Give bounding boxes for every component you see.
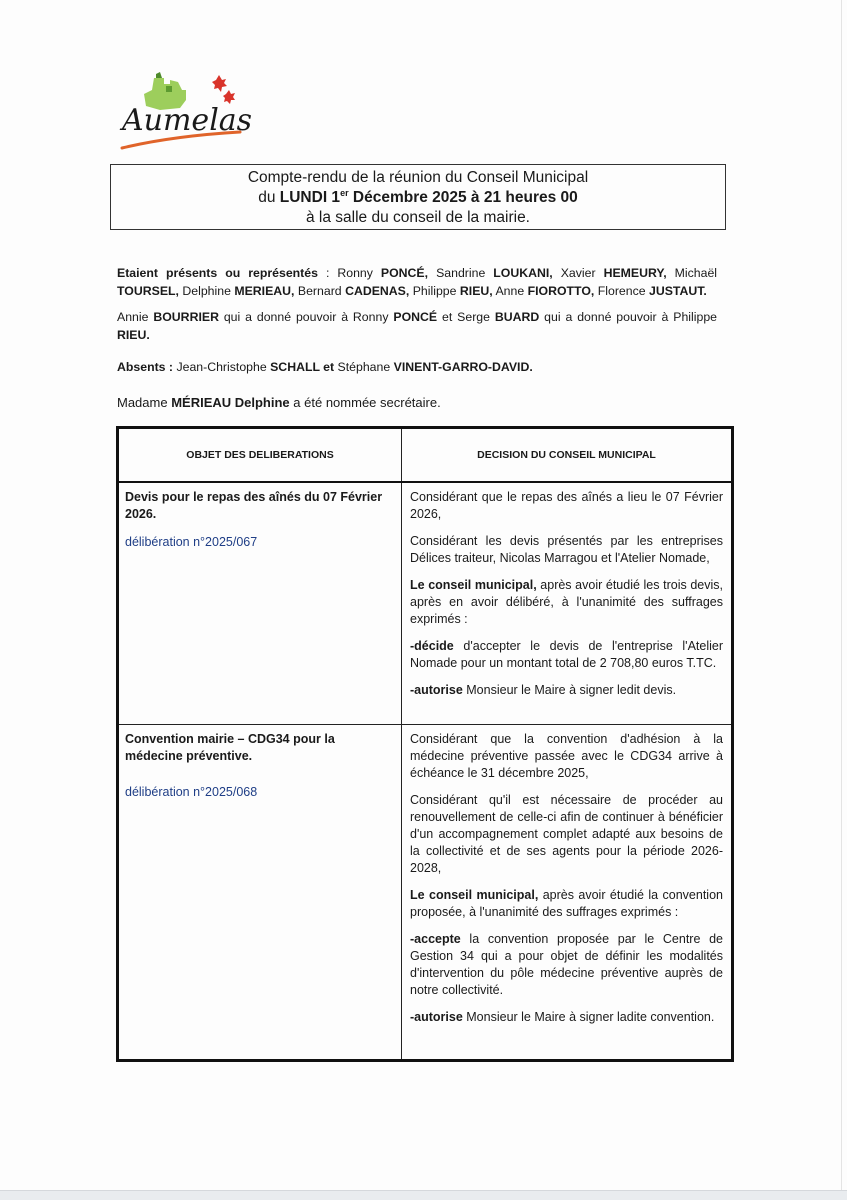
deliberation-number: délibération n°2025/067 bbox=[125, 534, 395, 551]
absent-members: Absents : Jean-Christophe SCHALL et Stép… bbox=[117, 358, 717, 376]
object-title: Devis pour le repas des aînés du 07 Févr… bbox=[125, 489, 395, 523]
object-title: Convention mairie – CDG34 pour la médeci… bbox=[125, 731, 395, 765]
secretary-note: Madame MÉRIEAU Delphine a été nommée sec… bbox=[117, 394, 717, 412]
column-header-object: OBJET DES DELIBERATIONS bbox=[118, 428, 402, 483]
castle-logo-icon: Aumelas bbox=[112, 70, 252, 154]
aumelas-logo: Aumelas bbox=[112, 70, 252, 154]
deliberation-object: Devis pour le repas des aînés du 07 Févr… bbox=[118, 482, 402, 725]
decision-paragraph: Considérant que la convention d'adhésion… bbox=[410, 731, 723, 782]
decision-paragraph: Considérant qu'il est nécessaire de proc… bbox=[410, 792, 723, 877]
decision-paragraph: -autorise Monsieur le Maire à signer led… bbox=[410, 682, 723, 699]
column-header-decision: DECISION DU CONSEIL MUNICIPAL bbox=[402, 428, 733, 483]
decision-paragraph: Considérant que le repas des aînés a lie… bbox=[410, 489, 723, 523]
proxy-members: Annie BOURRIER qui a donné pouvoir à Ron… bbox=[117, 308, 717, 344]
document-page: Aumelas Compte-rendu de la réunion du Co… bbox=[0, 0, 847, 1190]
title-line-3: à la salle du conseil de la mairie. bbox=[111, 208, 725, 228]
council-decision: Considérant que le repas des aînés a lie… bbox=[402, 482, 733, 725]
deliberation-number: délibération n°2025/068 bbox=[125, 784, 395, 801]
deliberation-object: Convention mairie – CDG34 pour la médeci… bbox=[118, 725, 402, 1061]
table-row: Devis pour le repas des aînés du 07 Févr… bbox=[118, 482, 733, 725]
title-line-1: Compte-rendu de la réunion du Conseil Mu… bbox=[111, 168, 725, 188]
meeting-title-box: Compte-rendu de la réunion du Conseil Mu… bbox=[110, 164, 726, 230]
decision-paragraph: Le conseil municipal, après avoir étudié… bbox=[410, 887, 723, 921]
table-row: Convention mairie – CDG34 pour la médeci… bbox=[118, 725, 733, 1061]
deliberations-table: OBJET DES DELIBERATIONS DECISION DU CONS… bbox=[116, 426, 734, 1062]
present-members: Etaient présents ou représentés : Ronny … bbox=[117, 264, 717, 300]
decision-paragraph: -autorise Monsieur le Maire à signer lad… bbox=[410, 1009, 723, 1026]
page-edge bbox=[841, 0, 842, 1190]
decision-paragraph: Le conseil municipal, après avoir étudié… bbox=[410, 577, 723, 628]
title-line-2: du LUNDI 1er Décembre 2025 à 21 heures 0… bbox=[111, 188, 725, 208]
decision-paragraph: Considérant les devis présentés par les … bbox=[410, 533, 723, 567]
decision-paragraph: -décide d'accepter le devis de l'entrepr… bbox=[410, 638, 723, 672]
decision-paragraph: -accepte la convention proposée par le C… bbox=[410, 931, 723, 999]
council-decision: Considérant que la convention d'adhésion… bbox=[402, 725, 733, 1061]
viewer-bottom-strip bbox=[0, 1190, 847, 1200]
